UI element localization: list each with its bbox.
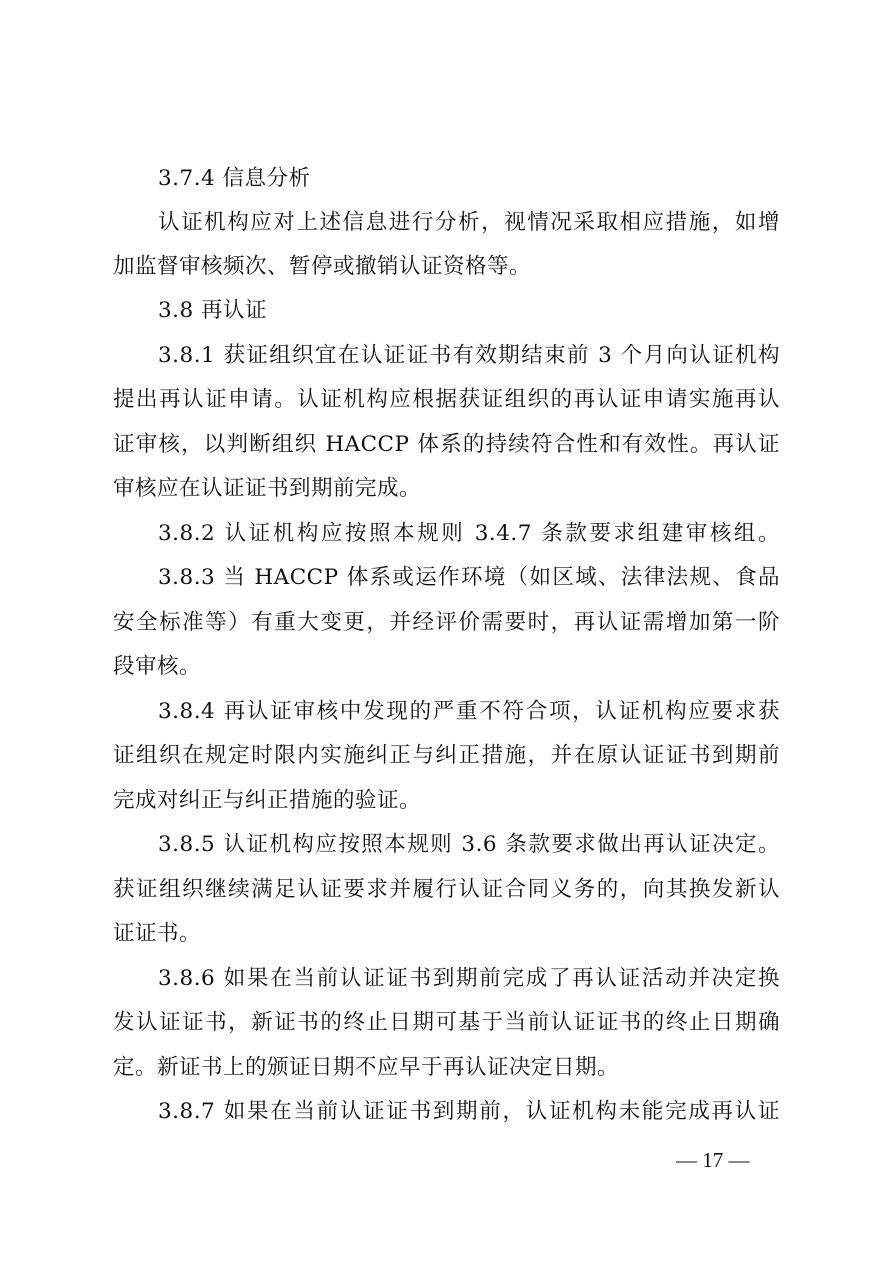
text-line: 段审核。 (113, 650, 780, 684)
text-line: 发认证证书，新证书的终止日期可基于当前认证证书的终止日期确 (113, 1006, 780, 1040)
text-line: 安全标准等）有重大变更，并经评价需要时，再认证需增加第一阶 (113, 606, 780, 640)
page-number: — 17 — (676, 1148, 750, 1173)
text-line: 3.8.5 认证机构应按照本规则 3.6 条款要求做出再认证决定。 (158, 828, 780, 862)
text-line: 证组织在规定时限内实施纠正与纠正措施，并在原认证证书到期前 (113, 739, 780, 773)
text-line: 3.8.2 认证机构应按照本规则 3.4.7 条款要求组建审核组。 (158, 517, 780, 551)
text-line: 证证书。 (113, 917, 780, 951)
text-line: 获证组织继续满足认证要求并履行认证合同义务的，向其换发新认 (113, 873, 780, 907)
text-line: 审核应在认证证书到期前完成。 (113, 472, 780, 506)
document-page: 3.7.4 信息分析认证机构应对上述信息进行分析，视情况采取相应措施，如增加监督… (0, 0, 892, 1262)
text-line: 3.8 再认证 (158, 294, 780, 328)
text-line: 3.8.6 如果在当前认证证书到期前完成了再认证活动并决定换 (158, 962, 780, 996)
text-line: 证审核，以判断组织 HACCP 体系的持续符合性和有效性。再认证 (113, 428, 780, 462)
text-line: 提出再认证申请。认证机构应根据获证组织的再认证申请实施再认 (113, 383, 780, 417)
text-line: 3.8.4 再认证审核中发现的严重不符合项，认证机构应要求获 (158, 695, 780, 729)
text-line: 3.7.4 信息分析 (158, 162, 780, 196)
text-line: 完成对纠正与纠正措施的验证。 (113, 784, 780, 818)
text-line: 3.8.7 如果在当前认证证书到期前，认证机构未能完成再认证 (158, 1095, 780, 1129)
text-line: 3.8.3 当 HACCP 体系或运作环境（如区域、法律法规、食品 (158, 561, 780, 595)
text-line: 定。新证书上的颁证日期不应早于再认证决定日期。 (113, 1051, 780, 1085)
text-line: 加监督审核频次、暂停或撤销认证资格等。 (113, 250, 780, 284)
text-line: 3.8.1 获证组织宜在认证证书有效期结束前 3 个月向认证机构 (158, 339, 780, 373)
text-line: 认证机构应对上述信息进行分析，视情况采取相应措施，如增 (158, 206, 780, 240)
